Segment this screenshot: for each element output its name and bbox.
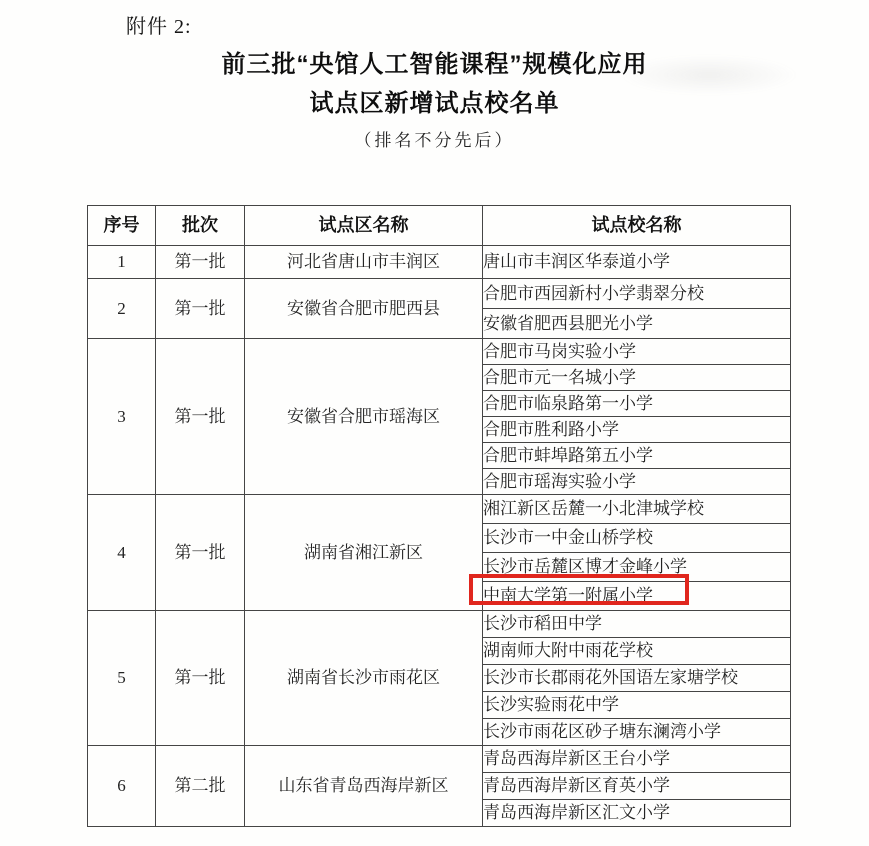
attachment-label: 附件 2: xyxy=(126,10,192,39)
district-cell: 湖南省湘江新区 xyxy=(245,495,483,611)
header-district: 试点区名称 xyxy=(245,206,483,246)
school-cell: 青岛西海岸新区王台小学 xyxy=(483,746,791,773)
school-cell: 合肥市瑶海实验小学 xyxy=(483,469,791,495)
serial-cell: 1 xyxy=(88,246,156,279)
doc-title-line2: 试点区新增试点校名单 xyxy=(0,83,869,118)
pilot-schools-table: 序号 批次 试点区名称 试点校名称 1 第一批 河北省唐山市丰润区 唐山市丰润区… xyxy=(87,205,791,827)
table-row: 6 第二批 山东省青岛西海岸新区 青岛西海岸新区王台小学 xyxy=(88,746,791,773)
school-cell: 湘江新区岳麓一小北津城学校 xyxy=(483,495,791,524)
school-cell: 合肥市元一名城小学 xyxy=(483,365,791,391)
batch-cell: 第一批 xyxy=(156,495,245,611)
table-header-row: 序号 批次 试点区名称 试点校名称 xyxy=(88,206,791,246)
school-name: 中南大学第一附属小学 xyxy=(483,586,653,605)
school-cell: 长沙市稻田中学 xyxy=(483,611,791,638)
serial-cell: 3 xyxy=(88,339,156,495)
school-cell: 青岛西海岸新区汇文小学 xyxy=(483,800,791,827)
school-cell: 安徽省肥西县肥光小学 xyxy=(483,309,791,339)
batch-cell: 第一批 xyxy=(156,611,245,746)
table-row: 2 第一批 安徽省合肥市肥西县 合肥市西园新村小学翡翠分校 xyxy=(88,279,791,309)
batch-cell: 第一批 xyxy=(156,246,245,279)
school-cell: 合肥市胜利路小学 xyxy=(483,417,791,443)
serial-cell: 4 xyxy=(88,495,156,611)
school-cell: 合肥市马岗实验小学 xyxy=(483,339,791,365)
school-cell: 长沙市长郡雨花外国语左家塘学校 xyxy=(483,665,791,692)
serial-cell: 2 xyxy=(88,279,156,339)
doc-title-line1: 前三批“央馆人工智能课程”规模化应用 xyxy=(0,44,869,79)
school-cell: 合肥市临泉路第一小学 xyxy=(483,391,791,417)
school-cell: 长沙实验雨花中学 xyxy=(483,692,791,719)
serial-cell: 6 xyxy=(88,746,156,827)
school-cell: 长沙市岳麓区博才金峰小学 xyxy=(483,553,791,582)
school-cell: 长沙市一中金山桥学校 xyxy=(483,524,791,553)
district-cell: 安徽省合肥市肥西县 xyxy=(245,279,483,339)
batch-cell: 第二批 xyxy=(156,746,245,827)
school-cell: 合肥市蚌埠路第五小学 xyxy=(483,443,791,469)
table-row: 4 第一批 湖南省湘江新区 湘江新区岳麓一小北津城学校 xyxy=(88,495,791,524)
school-cell: 唐山市丰润区华泰道小学 xyxy=(483,246,791,279)
serial-cell: 5 xyxy=(88,611,156,746)
header-school: 试点校名称 xyxy=(483,206,791,246)
district-cell: 山东省青岛西海岸新区 xyxy=(245,746,483,827)
district-cell: 安徽省合肥市瑶海区 xyxy=(245,339,483,495)
school-cell: 长沙市雨花区砂子塘东澜湾小学 xyxy=(483,719,791,746)
table-row: 3 第一批 安徽省合肥市瑶海区 合肥市马岗实验小学 xyxy=(88,339,791,365)
district-cell: 河北省唐山市丰润区 xyxy=(245,246,483,279)
school-cell: 合肥市西园新村小学翡翠分校 xyxy=(483,279,791,309)
batch-cell: 第一批 xyxy=(156,279,245,339)
school-cell: 湖南师大附中雨花学校 xyxy=(483,638,791,665)
batch-cell: 第一批 xyxy=(156,339,245,495)
school-cell: 青岛西海岸新区育英小学 xyxy=(483,773,791,800)
doc-subtitle: （排名不分先后） xyxy=(0,126,869,151)
document-page: 附件 2: 前三批“央馆人工智能课程”规模化应用 试点区新增试点校名单 （排名不… xyxy=(0,0,869,846)
table-row: 5 第一批 湖南省长沙市雨花区 长沙市稻田中学 xyxy=(88,611,791,638)
school-cell-highlighted: 中南大学第一附属小学 xyxy=(483,582,791,611)
district-cell: 湖南省长沙市雨花区 xyxy=(245,611,483,746)
header-serial: 序号 xyxy=(88,206,156,246)
table-row: 1 第一批 河北省唐山市丰润区 唐山市丰润区华泰道小学 xyxy=(88,246,791,279)
header-batch: 批次 xyxy=(156,206,245,246)
